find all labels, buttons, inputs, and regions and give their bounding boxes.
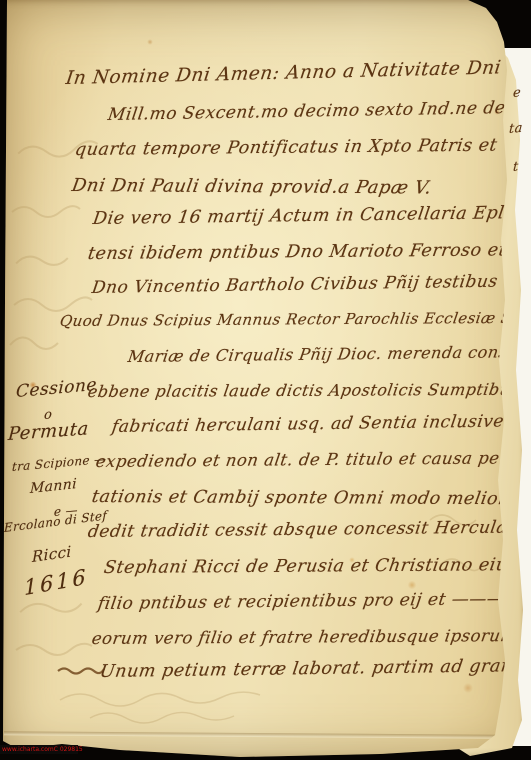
manuscript-line: In Nomine Dni Amen: Anno a Nativitate Dn… <box>65 57 503 89</box>
edge-fragment: e <box>512 85 521 101</box>
watermark-site: www.icharta.com <box>2 746 54 754</box>
edge-fragment: ta <box>508 121 523 137</box>
margin-year: 1616 <box>24 565 89 601</box>
manuscript-line: filio pntibus et recipientibus pro eij e… <box>97 589 506 614</box>
manuscript-line: eorum vero filio et fratre heredibusque … <box>91 626 519 648</box>
manuscript-line: Dno Vincentio Bartholo Civibus Pñij test… <box>91 272 499 298</box>
margin-note: tra Scipione — <box>12 452 107 474</box>
edge-fragment: t <box>512 159 519 175</box>
margin-note: Cessione <box>15 375 97 402</box>
margin-note: Permuta <box>7 418 89 445</box>
manuscript-line: Unum petium terræ laborat. partim ad gra… <box>99 656 531 682</box>
manuscript-line: quarta tempore Pontificatus in Xpto Patr… <box>74 136 499 160</box>
manuscript-line: fabricati herculani usq. ad Sentia inclu… <box>111 412 506 438</box>
margin-note: Manni <box>30 476 78 497</box>
manuscript-line: Mariæ de Cirqualis Pñij Dioc. merenda co… <box>127 342 531 366</box>
manuscript-line: tationis et Cambij sponte Omni modo meli… <box>90 487 514 509</box>
watermark-code: C 029815 <box>54 746 83 754</box>
strikeout-scribble <box>58 669 104 674</box>
manuscript-line: Quod Dnus Scipius Mannus Rector Parochli… <box>59 309 531 330</box>
manuscript-line: dedit tradidit cessit absque concessit H… <box>87 517 531 542</box>
watermark-bar: www.icharta.com C 029815 <box>0 745 78 754</box>
manuscript-line: expediendo et non alt. de P. titulo et c… <box>95 448 531 471</box>
paper-crease <box>4 731 496 738</box>
manuscript-line: tensi ibidem pntibus Dno Marioto Ferroso… <box>87 240 508 264</box>
manuscript-page: In Nomine Dni Amen: Anno a Nativitate Dn… <box>0 0 531 760</box>
manuscript-line: Mill.mo Sexcent.mo decimo sexto Ind.ne d… <box>107 97 531 125</box>
manuscript-line: Die vero 16 martij Actum in Cancellaria … <box>92 203 512 229</box>
manuscript-line: ebbene placitis laude dictis Apostolicis… <box>87 380 531 401</box>
margin-note: Ricci <box>32 542 72 566</box>
manuscript-line: Stephani Ricci de Perusia et Christiano … <box>102 555 518 578</box>
manuscript-line: Dni Dni Pauli divina provid.a Papæ V. <box>70 175 433 198</box>
